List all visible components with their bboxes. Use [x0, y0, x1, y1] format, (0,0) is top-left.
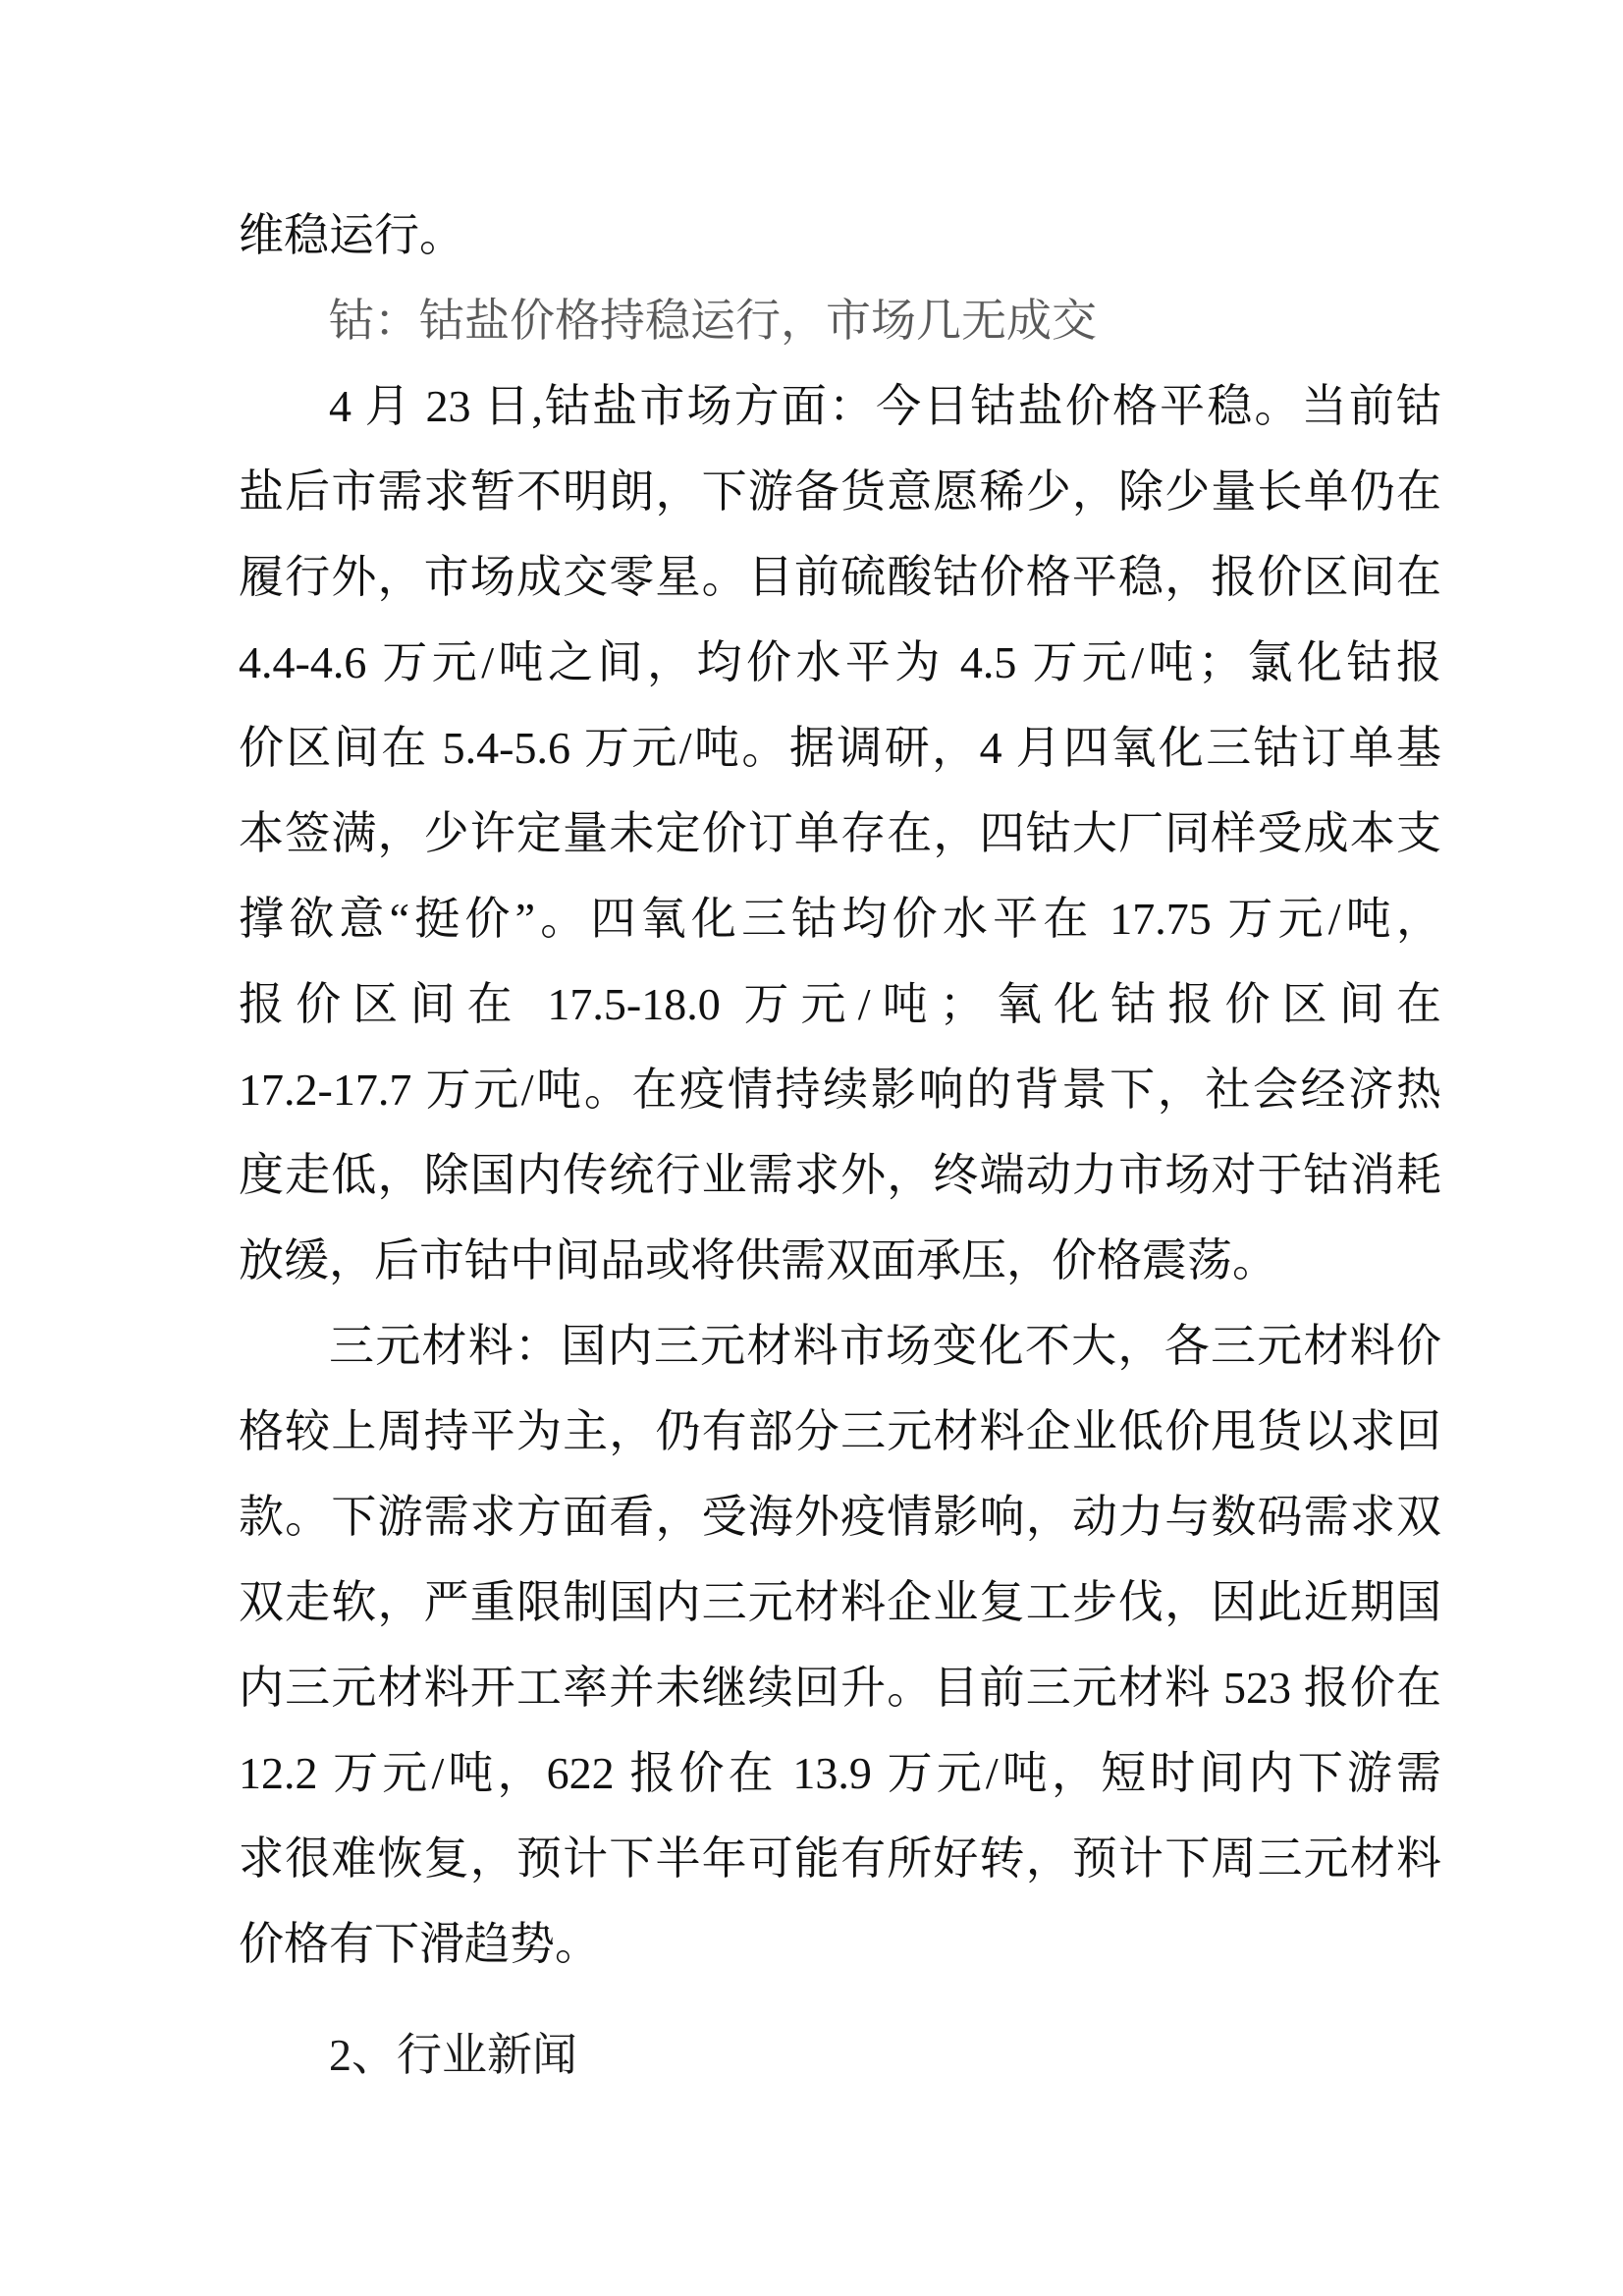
- text-line: 2、行业新闻: [239, 2012, 1441, 2098]
- text-line: 双走软，严重限制国内三元材料企业复工步伐，因此近期国: [239, 1559, 1441, 1645]
- text-line: 价区间在 5.4-5.6 万元/吨。据调研，4 月四氧化三钴订单基: [239, 705, 1441, 791]
- section-heading-cobalt: 钴：钴盐价格持稳运行，市场几无成交: [239, 278, 1441, 363]
- text-line: 4.4-4.6 万元/吨之间，均价水平为 4.5 万元/吨；氯化钴报: [239, 620, 1441, 705]
- text-line: 本签满，少许定量未定价订单存在，四钴大厂同样受成本支: [239, 791, 1441, 876]
- text-line: 放缓，后市钴中间品或将供需双面承压，价格震荡。: [239, 1218, 1441, 1303]
- text-line: 报价区间在 17.5-18.0 万元/吨；氧化钴报价区间在: [239, 961, 1441, 1047]
- text-line: 履行外，市场成交零星。目前硫酸钴价格平稳，报价区间在: [239, 534, 1441, 620]
- text-line: 盐后市需求暂不明朗，下游备货意愿稀少，除少量长单仍在: [239, 449, 1441, 534]
- section-heading-industry-news: 2、行业新闻: [239, 2012, 1441, 2098]
- text-line: 格较上周持平为主，仍有部分三元材料企业低价甩货以求回: [239, 1389, 1441, 1474]
- text-line: 三元材料：国内三元材料市场变化不大，各三元材料价: [239, 1303, 1441, 1389]
- text-line: 撑欲意“挺价”。四氧化三钴均价水平在 17.75 万元/吨，: [239, 876, 1441, 961]
- paragraph-previous-continuation: 维稳运行。: [239, 192, 1441, 278]
- text-line: 求很难恢复，预计下半年可能有所好转，预计下周三元材料: [239, 1816, 1441, 1901]
- text-line: 维稳运行。: [239, 192, 1441, 278]
- text-line: 度走低，除国内传统行业需求外，终端动力市场对于钴消耗: [239, 1132, 1441, 1218]
- text-line: 内三元材料开工率并未继续回升。目前三元材料 523 报价在: [239, 1645, 1441, 1730]
- document-page: 维稳运行。钴：钴盐价格持稳运行，市场几无成交4 月 23 日,钴盐市场方面：今日…: [0, 0, 1623, 2296]
- paragraph-cobalt-salt-market: 4 月 23 日,钴盐市场方面：今日钴盐价格平稳。当前钴盐后市需求暂不明朗，下游…: [239, 363, 1441, 1303]
- paragraph-ternary-materials: 三元材料：国内三元材料市场变化不大，各三元材料价格较上周持平为主，仍有部分三元材…: [239, 1303, 1441, 1987]
- text-line: 17.2-17.7 万元/吨。在疫情持续影响的背景下，社会经济热: [239, 1047, 1441, 1132]
- document-body: 维稳运行。钴：钴盐价格持稳运行，市场几无成交4 月 23 日,钴盐市场方面：今日…: [239, 192, 1441, 2098]
- text-line: 价格有下滑趋势。: [239, 1901, 1441, 1987]
- text-line: 4 月 23 日,钴盐市场方面：今日钴盐价格平稳。当前钴: [239, 363, 1441, 449]
- text-line: 款。下游需求方面看，受海外疫情影响，动力与数码需求双: [239, 1474, 1441, 1559]
- text-line: 钴：钴盐价格持稳运行，市场几无成交: [239, 278, 1441, 363]
- text-line: 12.2 万元/吨，622 报价在 13.9 万元/吨，短时间内下游需: [239, 1730, 1441, 1816]
